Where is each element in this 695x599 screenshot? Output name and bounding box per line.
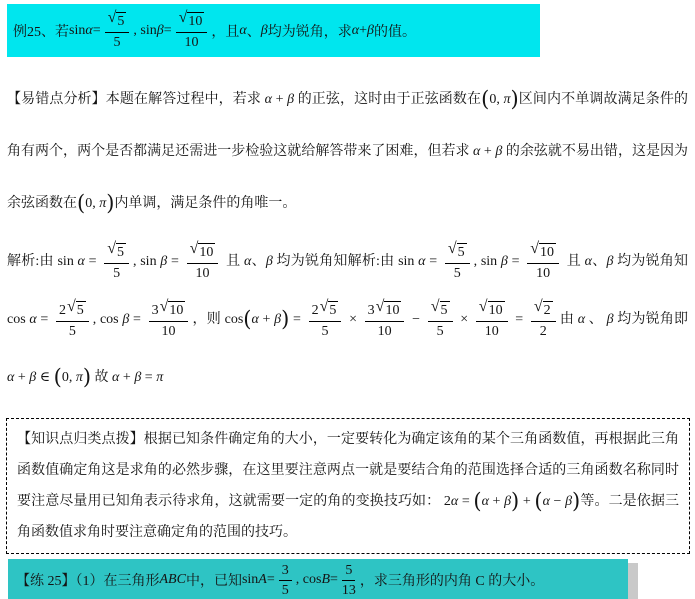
math-variable: β (504, 494, 511, 509)
text-run: 故 (91, 370, 112, 385)
math-run: + (259, 312, 274, 327)
knowledge-points-box: 【知识点归类点拨】根据已知条件确定角的大小，一定要转化为确定该角的某个三角函数值… (6, 418, 690, 554)
math-run: cos (7, 312, 29, 327)
math-variable: α (482, 494, 489, 509)
math-run: ∈ (36, 370, 53, 385)
text-run: 【易错点分析】本题在解答过程中，若求 (7, 92, 265, 107)
text-run: 均为锐角知解析:由 (273, 254, 398, 269)
numerator-text: 5 (345, 563, 352, 578)
fraction: √1010 (476, 300, 508, 339)
math-run: = (141, 370, 156, 385)
numerator-text: 3 (282, 563, 289, 578)
math-variable: π (76, 370, 83, 385)
math-variable: α (578, 312, 585, 327)
big-paren-group: (0, π) (77, 196, 114, 211)
radicand: 5 (116, 12, 126, 29)
fraction: √55 (428, 300, 453, 339)
math-run: , sin (133, 23, 156, 39)
math-run: = (167, 254, 182, 269)
text-run: 、 (592, 254, 606, 269)
radicand: 5 (116, 243, 126, 260)
math-run: sin (242, 572, 258, 588)
text-run: 的正弦，这时由于正弦函数在 (294, 92, 481, 107)
numerator: √10 (476, 300, 508, 321)
numerator: √2 (531, 300, 556, 321)
math-run: 0, (62, 370, 76, 385)
numerator: √10 (187, 242, 219, 263)
numerator: 3√10 (365, 300, 405, 321)
radical-sign-icon: √ (448, 241, 457, 257)
numerator: 3 (279, 562, 292, 581)
solution-paragraph: 解析:由 sin α = √55, sin β = √1010 且 α、β 均为… (7, 233, 688, 407)
math-variable: β (565, 494, 572, 509)
math-run: = (267, 572, 275, 588)
fraction: 513 (342, 562, 356, 599)
numerator: √10 (527, 242, 559, 263)
denominator: 10 (485, 322, 499, 339)
radical-sign-icon: √ (376, 299, 385, 315)
math-run: sin (57, 254, 77, 269)
radicand: 5 (328, 301, 338, 318)
fraction: 2√55 (56, 300, 89, 339)
math-run: 0, (85, 196, 99, 211)
fraction: 35 (279, 562, 292, 599)
math-run: + (519, 494, 534, 509)
radicand: 10 (168, 301, 185, 318)
text-run: 例25、若 (13, 21, 69, 41)
math-run: = (93, 23, 101, 39)
math-run: , sin (133, 254, 160, 269)
square-root: √10 (160, 301, 186, 318)
fraction: √1010 (176, 11, 208, 50)
denominator: 5 (322, 322, 329, 339)
fraction: √55 (105, 11, 130, 50)
text-run: 【练 25】（1）在三角形 (16, 570, 160, 590)
numerator: 5 (342, 562, 355, 581)
square-root: √10 (479, 301, 505, 318)
math-variable: β (367, 23, 374, 39)
math-run: − (550, 494, 565, 509)
text-run: 的值。 (374, 21, 416, 41)
numerator: √10 (176, 11, 208, 32)
square-root: √10 (376, 301, 402, 318)
numerator: 2√5 (309, 300, 342, 321)
math-variable: B (321, 572, 330, 588)
math-variable: α (265, 92, 272, 107)
text-run: 均为锐角知 (613, 254, 688, 269)
fraction: √1010 (187, 242, 219, 281)
open-paren-icon: ( (243, 307, 251, 331)
radicand: 5 (76, 301, 86, 318)
fraction: 3√1010 (149, 300, 189, 339)
numerator: √5 (428, 300, 453, 321)
text-run: 中，已知 (186, 570, 242, 590)
text-run: 且 (222, 254, 244, 269)
open-paren-icon: ( (54, 365, 62, 389)
math-run: × (345, 312, 360, 327)
text-run: ，求三角形的内角 C 的大小。 (360, 570, 544, 590)
fraction: 3√1010 (365, 300, 405, 339)
math-variable: α (352, 23, 359, 39)
radical-sign-icon: √ (107, 241, 116, 257)
math-run: , cos (93, 312, 123, 327)
math-run: = (458, 494, 473, 509)
math-variable: α (29, 312, 36, 327)
denominator: 5 (69, 322, 76, 339)
square-root: √5 (67, 301, 86, 318)
square-root: √10 (530, 243, 556, 260)
square-root: √10 (190, 243, 216, 260)
text-run: 解析:由 (7, 254, 57, 269)
math-run: + (480, 144, 495, 159)
numerator: √5 (445, 242, 470, 263)
example-problem-box: 例25、若 sin α = √55, sin β = √1010，且 α 、 β… (7, 4, 540, 57)
math-variable: ABC (160, 572, 186, 588)
math-run: + (489, 494, 504, 509)
math-run: = (85, 254, 100, 269)
fraction: √55 (445, 242, 470, 281)
text-run: 内单调，满足条件的角唯一。 (114, 196, 296, 211)
big-paren-group: (0, π) (54, 370, 91, 385)
math-variable: β (261, 23, 268, 39)
radicand: 10 (198, 243, 215, 260)
radicand: 10 (384, 301, 401, 318)
math-run: , cos (296, 572, 322, 588)
radical-sign-icon: √ (190, 241, 199, 257)
square-root: √5 (107, 243, 126, 260)
practice-problem-box: 【练 25】（1）在三角形 ABC 中，已知 sin A = 35, cos B… (8, 559, 628, 599)
math-variable: α (252, 312, 259, 327)
coefficient: 3 (152, 303, 159, 318)
open-paren-icon: ( (473, 489, 481, 513)
coefficient: 2 (312, 303, 319, 318)
worksheet-page: 例25、若 sin α = √55, sin β = √1010，且 α 、 β… (0, 0, 695, 599)
coefficient: 3 (368, 303, 375, 318)
text-run: 均为锐角，求 (268, 21, 352, 41)
denominator: 10 (196, 264, 210, 281)
denominator: 5 (437, 322, 444, 339)
denominator: 5 (454, 264, 461, 281)
math-run: = (330, 572, 338, 588)
square-root: √2 (534, 301, 553, 318)
math-run: sin (69, 23, 85, 39)
text-run: 由 (560, 312, 578, 327)
math-variable: β (266, 254, 273, 269)
fraction: √22 (531, 300, 556, 339)
math-run: + (272, 92, 287, 107)
math-run: = (37, 312, 52, 327)
text-run: ，且 (211, 21, 239, 41)
radicand: 2 (543, 301, 553, 318)
radicand: 10 (488, 301, 505, 318)
numerator: √5 (104, 242, 129, 263)
radical-sign-icon: √ (530, 241, 539, 257)
denominator: 10 (161, 322, 175, 339)
math-run: + (119, 370, 134, 385)
denominator: 10 (378, 322, 392, 339)
numerator: √5 (105, 11, 130, 32)
radical-sign-icon: √ (179, 10, 188, 26)
text-run: 、 (585, 312, 607, 327)
open-paren-icon: ( (77, 191, 85, 215)
math-run: 0, (489, 92, 503, 107)
math-variable: A (258, 572, 267, 588)
math-run: cos (225, 312, 244, 327)
fraction: 2√55 (309, 300, 342, 339)
text-run: ，则 (192, 312, 224, 327)
math-run: = (512, 312, 527, 327)
denominator: 5 (113, 264, 120, 281)
math-run: = (164, 23, 172, 39)
square-root: √5 (431, 301, 450, 318)
close-paren-icon: ) (83, 365, 91, 389)
square-root: √5 (320, 301, 339, 318)
radical-sign-icon: √ (108, 10, 117, 26)
close-paren-icon: ) (510, 87, 518, 111)
math-run: + (359, 23, 367, 39)
coefficient: 2 (59, 303, 66, 318)
radical-sign-icon: √ (67, 299, 76, 315)
math-variable: β (157, 23, 164, 39)
error-analysis-paragraph: 【易错点分析】本题在解答过程中，若求 α + β 的正弦，这时由于正弦函数在(0… (7, 74, 688, 230)
numerator: 2√5 (56, 300, 89, 321)
open-paren-icon: ( (534, 489, 542, 513)
fraction: √55 (104, 242, 129, 281)
big-paren-group: (0, π) (481, 92, 519, 107)
radical-sign-icon: √ (320, 299, 329, 315)
square-root: √5 (108, 12, 127, 29)
math-run: 2 (444, 494, 451, 509)
math-run: + (14, 370, 29, 385)
radicand: 5 (457, 243, 467, 260)
math-run: − (408, 312, 423, 327)
math-run: , sin (474, 254, 501, 269)
denominator: 5 (114, 33, 121, 50)
math-variable: α (543, 494, 550, 509)
big-paren-group: (α + β) (243, 312, 289, 327)
text-run: 均为锐角即 (614, 312, 688, 327)
math-variable: π (156, 370, 163, 385)
radical-sign-icon: √ (534, 299, 543, 315)
denominator: 5 (282, 581, 289, 598)
radical-sign-icon: √ (160, 299, 169, 315)
radical-sign-icon: √ (431, 299, 440, 315)
denominator: 10 (185, 33, 199, 50)
math-variable: α (585, 254, 592, 269)
square-root: √5 (448, 243, 467, 260)
text-run: 、 (247, 21, 261, 41)
text-run: 、 (251, 254, 265, 269)
big-paren-group: (α + β) (473, 494, 519, 509)
math-run: sin (398, 254, 418, 269)
big-paren-group: (α − β) (534, 494, 580, 509)
math-variable: β (607, 312, 614, 327)
numerator: 3√10 (149, 300, 189, 321)
radical-sign-icon: √ (479, 299, 488, 315)
math-variable: α (418, 254, 425, 269)
fraction: √1010 (527, 242, 559, 281)
math-run: = (289, 312, 304, 327)
math-variable: α (78, 254, 85, 269)
math-run: = (129, 312, 144, 327)
radicand: 10 (539, 243, 556, 260)
denominator: 10 (536, 264, 550, 281)
text-run: 且 (563, 254, 585, 269)
radicand: 5 (440, 301, 450, 318)
denominator: 13 (342, 581, 356, 598)
radicand: 10 (187, 12, 204, 29)
math-run: × (457, 312, 472, 327)
math-variable: β (501, 254, 508, 269)
square-root: √10 (179, 12, 205, 29)
math-run: = (508, 254, 523, 269)
math-run: = (426, 254, 441, 269)
denominator: 2 (540, 322, 547, 339)
math-variable: α (239, 23, 246, 39)
math-variable: α (85, 23, 92, 39)
